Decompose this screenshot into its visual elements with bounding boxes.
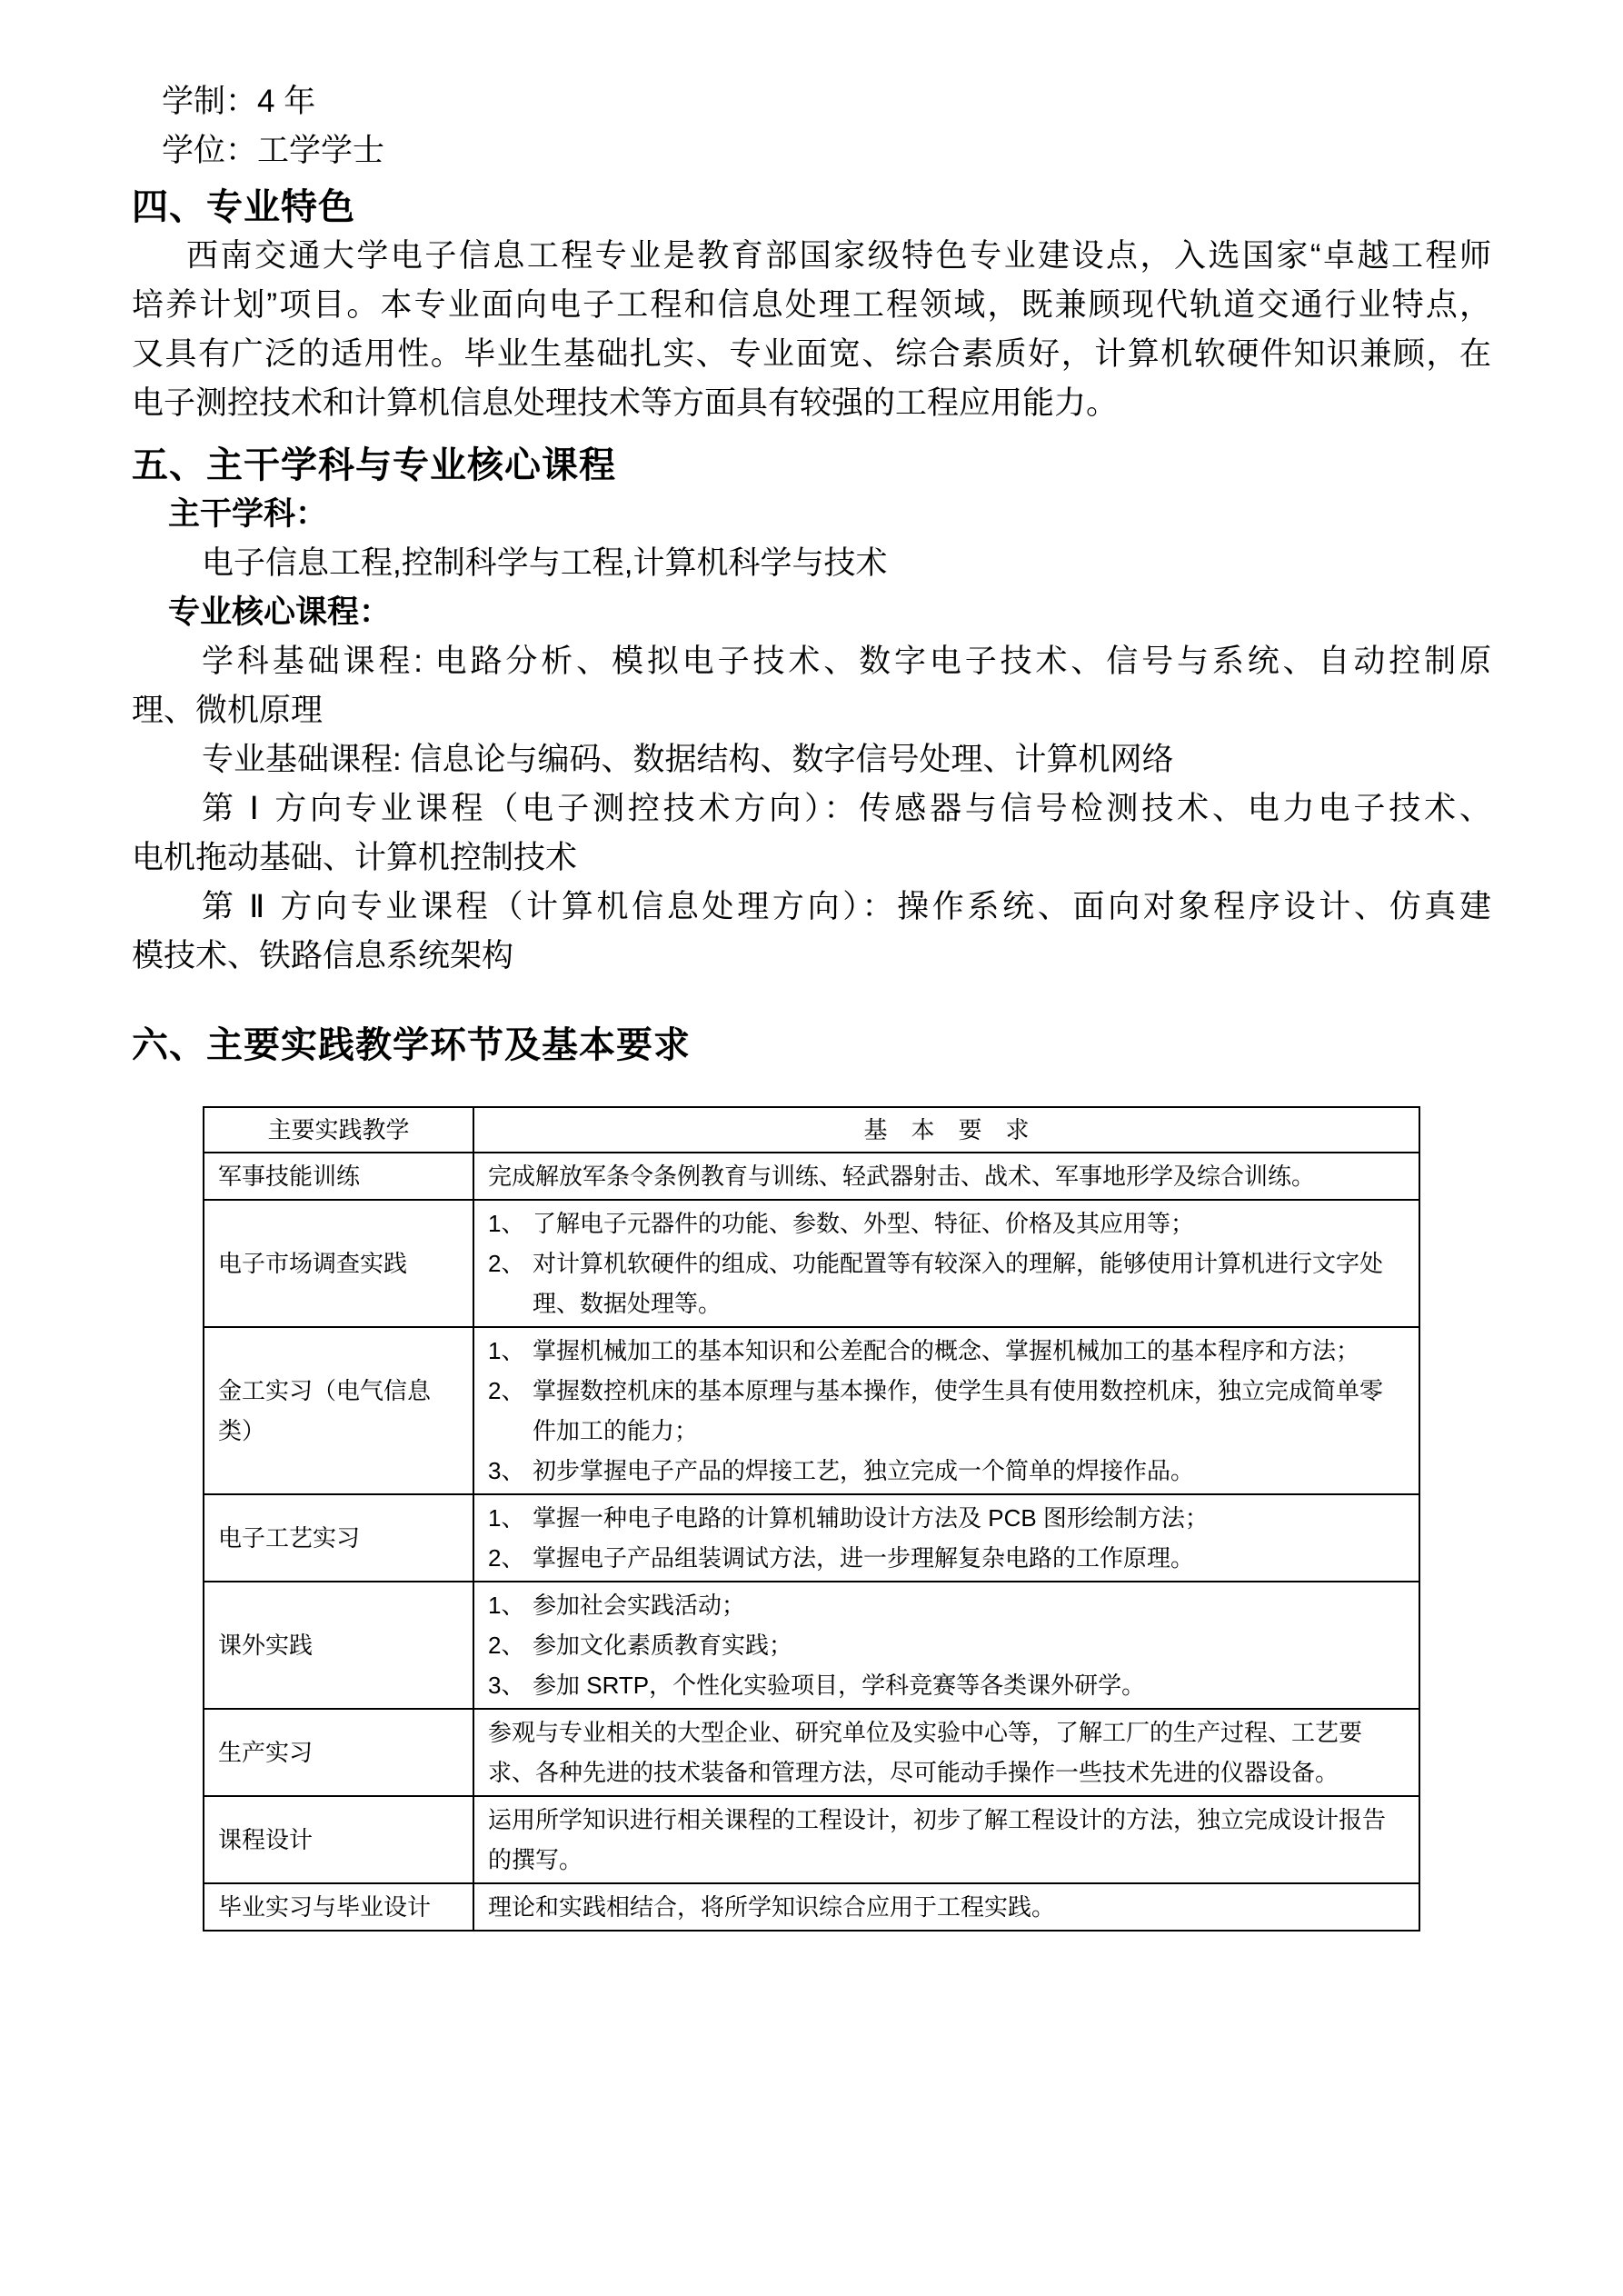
table-row: 军事技能训练 完成解放军条令条例教育与训练、轻武器射击、战术、军事地形学及综合训… xyxy=(204,1153,1419,1200)
course-line: 理、微机原理 xyxy=(132,686,1491,735)
row-label: 军事技能训练 xyxy=(204,1153,473,1200)
item-text: 掌握电子产品组装调试方法，进一步理解复杂电路的工作原理。 xyxy=(533,1544,1194,1572)
row-label: 金工实习（电气信息类） xyxy=(204,1327,473,1494)
item-text: 掌握数控机床的基本原理与基本操作，使学生具有使用数控机床，独立完成简单零件加工的… xyxy=(533,1377,1383,1444)
row-content: 参观与专业相关的大型企业、研究单位及实验中心等，了解工厂的生产过程、工艺要求、各… xyxy=(473,1709,1419,1796)
row-content: 1、参加社会实践活动； 2、参加文化素质教育实践； 3、参加 SRTP，个性化实… xyxy=(473,1582,1419,1709)
row-label: 课外实践 xyxy=(204,1582,473,1709)
table-row: 电子市场调查实践 1、了解电子元器件的功能、参数、外型、特征、价格及其应用等； … xyxy=(204,1200,1419,1327)
item-number: 1、 xyxy=(488,1203,524,1243)
item-number: 3、 xyxy=(488,1451,524,1491)
row-content: 理论和实践相结合，将所学知识综合应用于工程实践。 xyxy=(473,1883,1419,1931)
program-duration: 学制：4 年 xyxy=(132,77,1491,126)
item-text: 了解电子元器件的功能、参数、外型、特征、价格及其应用等； xyxy=(533,1210,1194,1237)
requirement-item: 2、掌握电子产品组装调试方法，进一步理解复杂电路的工作原理。 xyxy=(488,1538,1405,1578)
item-text: 初步掌握电子产品的焊接工艺，独立完成一个简单的焊接作品。 xyxy=(533,1457,1194,1484)
requirement-item: 2、掌握数控机床的基本原理与基本操作，使学生具有使用数控机床，独立完成简单零件加… xyxy=(488,1371,1405,1451)
row-content: 1、掌握一种电子电路的计算机辅助设计方法及 PCB 图形绘制方法； 2、掌握电子… xyxy=(473,1494,1419,1582)
requirement-item: 2、对计算机软硬件的组成、功能配置等有较深入的理解，能够使用计算机进行文字处理、… xyxy=(488,1243,1405,1323)
section4-heading: 四、专业特色 xyxy=(132,183,1491,232)
row-label: 生产实习 xyxy=(204,1709,473,1796)
item-text: 掌握一种电子电路的计算机辅助设计方法及 PCB 图形绘制方法； xyxy=(533,1504,1209,1532)
requirement-item: 完成解放军条令条例教育与训练、轻武器射击、战术、军事地形学及综合训练。 xyxy=(488,1156,1405,1196)
document-page: 学制：4 年 学位：工学学士 四、专业特色 西南交通大学电子信息工程专业是教育部… xyxy=(0,0,1623,2296)
item-number: 2、 xyxy=(488,1371,524,1411)
table-row: 生产实习 参观与专业相关的大型企业、研究单位及实验中心等，了解工厂的生产过程、工… xyxy=(204,1709,1419,1796)
section4-paragraph: 西南交通大学电子信息工程专业是教育部国家级特色专业建设点，入选国家“卓越工程师 … xyxy=(132,232,1491,428)
item-number: 1、 xyxy=(488,1331,524,1371)
requirement-item: 参观与专业相关的大型企业、研究单位及实验中心等，了解工厂的生产过程、工艺要求、各… xyxy=(488,1712,1405,1792)
course-line: 电机拖动基础、计算机控制技术 xyxy=(132,834,1491,883)
item-text: 参加文化素质教育实践； xyxy=(533,1632,792,1659)
requirement-item: 1、掌握一种电子电路的计算机辅助设计方法及 PCB 图形绘制方法； xyxy=(488,1498,1405,1538)
requirement-item: 1、掌握机械加工的基本知识和公差配合的概念、掌握机械加工的基本程序和方法； xyxy=(488,1331,1405,1371)
item-number: 2、 xyxy=(488,1625,524,1665)
table-header-requirements: 基 本 要 求 xyxy=(473,1107,1419,1153)
subheading-core-courses: 专业核心课程： xyxy=(132,588,1491,637)
requirement-item: 3、参加 SRTP，个性化实验项目，学科竞赛等各类课外研学。 xyxy=(488,1665,1405,1705)
section5-content: 主干学科： 电子信息工程,控制科学与工程,计算机科学与技术 专业核心课程： 学科… xyxy=(132,490,1491,981)
subheading-main-disciplines: 主干学科： xyxy=(132,490,1491,539)
requirement-item: 1、了解电子元器件的功能、参数、外型、特征、价格及其应用等； xyxy=(488,1203,1405,1243)
table-row: 电子工艺实习 1、掌握一种电子电路的计算机辅助设计方法及 PCB 图形绘制方法；… xyxy=(204,1494,1419,1582)
table-row: 毕业实习与毕业设计 理论和实践相结合，将所学知识综合应用于工程实践。 xyxy=(204,1883,1419,1931)
table-row: 金工实习（电气信息类） 1、掌握机械加工的基本知识和公差配合的概念、掌握机械加工… xyxy=(204,1327,1419,1494)
paragraph-line: 又具有广泛的适用性。毕业生基础扎实、专业面宽、综合素质好，计算机软硬件知识兼顾，… xyxy=(132,330,1491,379)
item-text: 参加 SRTP，个性化实验项目，学科竞赛等各类课外研学。 xyxy=(533,1672,1145,1699)
course-line: 专业基础课程: 信息论与编码、数据结构、数字信号处理、计算机网络 xyxy=(132,735,1491,784)
requirement-item: 运用所学知识进行相关课程的工程设计，初步了解工程设计的方法，独立完成设计报告的撰… xyxy=(488,1800,1405,1880)
paragraph-line: 培养计划”项目。本专业面向电子工程和信息处理工程领域，既兼顾现代轨道交通行业特点… xyxy=(132,281,1491,330)
course-line: 第 Ⅰ 方向专业课程（电子测控技术方向）：传感器与信号检测技术、电力电子技术、 xyxy=(132,784,1491,834)
row-content: 1、了解电子元器件的功能、参数、外型、特征、价格及其应用等； 2、对计算机软硬件… xyxy=(473,1200,1419,1327)
row-content: 完成解放军条令条例教育与训练、轻武器射击、战术、军事地形学及综合训练。 xyxy=(473,1153,1419,1200)
item-number: 2、 xyxy=(488,1538,524,1578)
row-label: 电子市场调查实践 xyxy=(204,1200,473,1327)
section5-heading: 五、主干学科与专业核心课程 xyxy=(132,441,1491,490)
table-row: 课程设计 运用所学知识进行相关课程的工程设计，初步了解工程设计的方法，独立完成设… xyxy=(204,1796,1419,1883)
table-row: 课外实践 1、参加社会实践活动； 2、参加文化素质教育实践； 3、参加 SRTP… xyxy=(204,1582,1419,1709)
requirement-item: 理论和实践相结合，将所学知识综合应用于工程实践。 xyxy=(488,1887,1405,1927)
item-number: 1、 xyxy=(488,1498,524,1538)
requirement-item: 2、参加文化素质教育实践； xyxy=(488,1625,1405,1665)
item-text: 掌握机械加工的基本知识和公差配合的概念、掌握机械加工的基本程序和方法； xyxy=(533,1337,1359,1364)
item-number: 3、 xyxy=(488,1665,524,1705)
course-line: 学科基础课程: 电路分析、模拟电子技术、数字电子技术、信号与系统、自动控制原 xyxy=(132,637,1491,686)
item-number: 2、 xyxy=(488,1243,524,1283)
row-content: 1、掌握机械加工的基本知识和公差配合的概念、掌握机械加工的基本程序和方法； 2、… xyxy=(473,1327,1419,1494)
practice-requirements-table: 主要实践教学 基 本 要 求 军事技能训练 完成解放军条令条例教育与训练、轻武器… xyxy=(203,1106,1420,1932)
paragraph-line: 电子测控技术和计算机信息处理技术等方面具有较强的工程应用能力。 xyxy=(132,379,1491,428)
requirement-item: 1、参加社会实践活动； xyxy=(488,1585,1405,1625)
item-number: 1、 xyxy=(488,1585,524,1625)
course-line: 第 Ⅱ 方向专业课程（计算机信息处理方向）：操作系统、面向对象程序设计、仿真建 xyxy=(132,883,1491,932)
row-label: 课程设计 xyxy=(204,1796,473,1883)
paragraph-line: 西南交通大学电子信息工程专业是教育部国家级特色专业建设点，入选国家“卓越工程师 xyxy=(132,232,1491,281)
program-degree: 学位：工学学士 xyxy=(132,126,1491,175)
disciplines-list: 电子信息工程,控制科学与工程,计算机科学与技术 xyxy=(132,539,1491,588)
row-content: 运用所学知识进行相关课程的工程设计，初步了解工程设计的方法，独立完成设计报告的撰… xyxy=(473,1796,1419,1883)
requirement-item: 3、初步掌握电子产品的焊接工艺，独立完成一个简单的焊接作品。 xyxy=(488,1451,1405,1491)
item-text: 对计算机软硬件的组成、功能配置等有较深入的理解，能够使用计算机进行文字处理、数据… xyxy=(533,1250,1383,1317)
table-header-practice: 主要实践教学 xyxy=(204,1107,473,1153)
row-label: 电子工艺实习 xyxy=(204,1494,473,1582)
row-label: 毕业实习与毕业设计 xyxy=(204,1883,473,1931)
section6-heading: 六、主要实践教学环节及基本要求 xyxy=(132,1021,1491,1070)
table-header-row: 主要实践教学 基 本 要 求 xyxy=(204,1107,1419,1153)
course-line: 模技术、铁路信息系统架构 xyxy=(132,932,1491,981)
item-text: 参加社会实践活动； xyxy=(533,1592,745,1619)
